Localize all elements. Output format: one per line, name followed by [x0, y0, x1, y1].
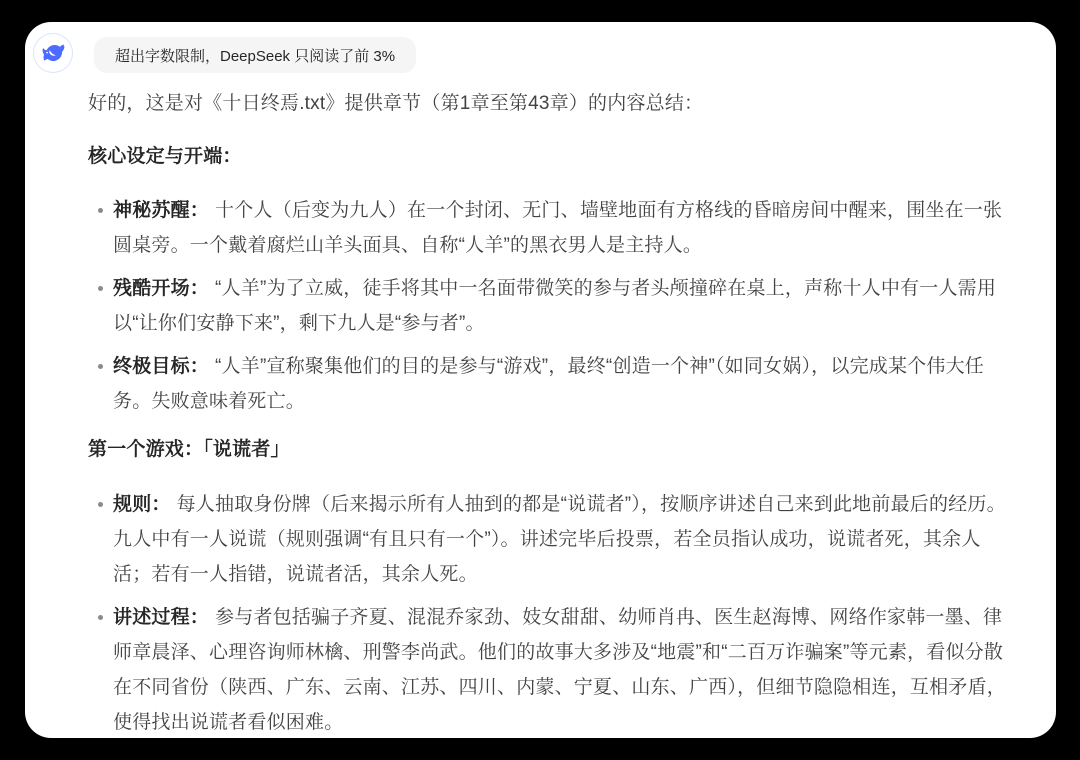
- truncation-notice-badge: 超出字数限制，DeepSeek 只阅读了前 3%: [94, 37, 416, 73]
- list-item-mysterious-awakening: 神秘苏醒：十个人（后变为九人）在一个封闭、无门、墙壁地面有方格线的昏暗房间中醒来…: [113, 193, 1016, 263]
- list-item-ultimate-goal: 终极目标：“人羊”宣称聚集他们的目的是参与“游戏”，最终“创造一个神”（如同女娲…: [113, 349, 1016, 419]
- item-label: 终极目标：: [113, 356, 209, 377]
- intro-paragraph: 好的，这是对《十日终焉.txt》提供章节（第1章至第43章）的内容总结：: [88, 86, 1016, 121]
- item-text: 十个人（后变为九人）在一个封闭、无门、墙壁地面有方格线的昏暗房间中醒来，围坐在一…: [113, 200, 1002, 256]
- item-text: 参与者包括骗子齐夏、混混乔家劲、妓女甜甜、幼师肖冉、医生赵海博、网络作家韩一墨、…: [113, 607, 1006, 733]
- list-item-cruel-opening: 残酷开场：“人羊”为了立威，徒手将其中一名面带微笑的参与者头颅撞碎在桌上，声称十…: [113, 271, 1016, 341]
- section-heading-first-game: 第一个游戏：「说谎者」: [88, 432, 1016, 467]
- assistant-message-body: 好的，这是对《十日终焉.txt》提供章节（第1章至第43章）的内容总结： 核心设…: [25, 73, 1056, 738]
- list-item-storytelling: 讲述过程：参与者包括骗子齐夏、混混乔家劲、妓女甜甜、幼师肖冉、医生赵海博、网络作…: [113, 600, 1016, 738]
- chat-window: 超出字数限制，DeepSeek 只阅读了前 3% 好的，这是对《十日终焉.txt…: [25, 22, 1056, 738]
- core-setup-list: 神秘苏醒：十个人（后变为九人）在一个封闭、无门、墙壁地面有方格线的昏暗房间中醒来…: [88, 193, 1016, 419]
- item-label: 讲述过程：: [113, 607, 209, 628]
- item-label: 神秘苏醒：: [113, 200, 209, 221]
- item-label: 残酷开场：: [113, 278, 209, 299]
- assistant-message-header: 超出字数限制，DeepSeek 只阅读了前 3%: [25, 22, 1056, 73]
- item-text: 每人抽取身份牌（后来揭示所有人抽到的都是“说谎者”），按顺序讲述自己来到此地前最…: [113, 494, 1006, 585]
- deepseek-avatar: [33, 33, 73, 73]
- item-text: “人羊”为了立威，徒手将其中一名面带微笑的参与者头颅撞碎在桌上，声称十人中有一人…: [113, 278, 996, 334]
- deepseek-whale-icon: [40, 43, 66, 63]
- section-heading-core-setup: 核心设定与开端：: [88, 139, 1016, 174]
- first-game-list: 规则：每人抽取身份牌（后来揭示所有人抽到的都是“说谎者”），按顺序讲述自己来到此…: [88, 487, 1016, 738]
- list-item-rules: 规则：每人抽取身份牌（后来揭示所有人抽到的都是“说谎者”），按顺序讲述自己来到此…: [113, 487, 1016, 592]
- item-label: 规则：: [113, 494, 171, 515]
- item-text: “人羊”宣称聚集他们的目的是参与“游戏”，最终“创造一个神”（如同女娲），以完成…: [113, 356, 984, 412]
